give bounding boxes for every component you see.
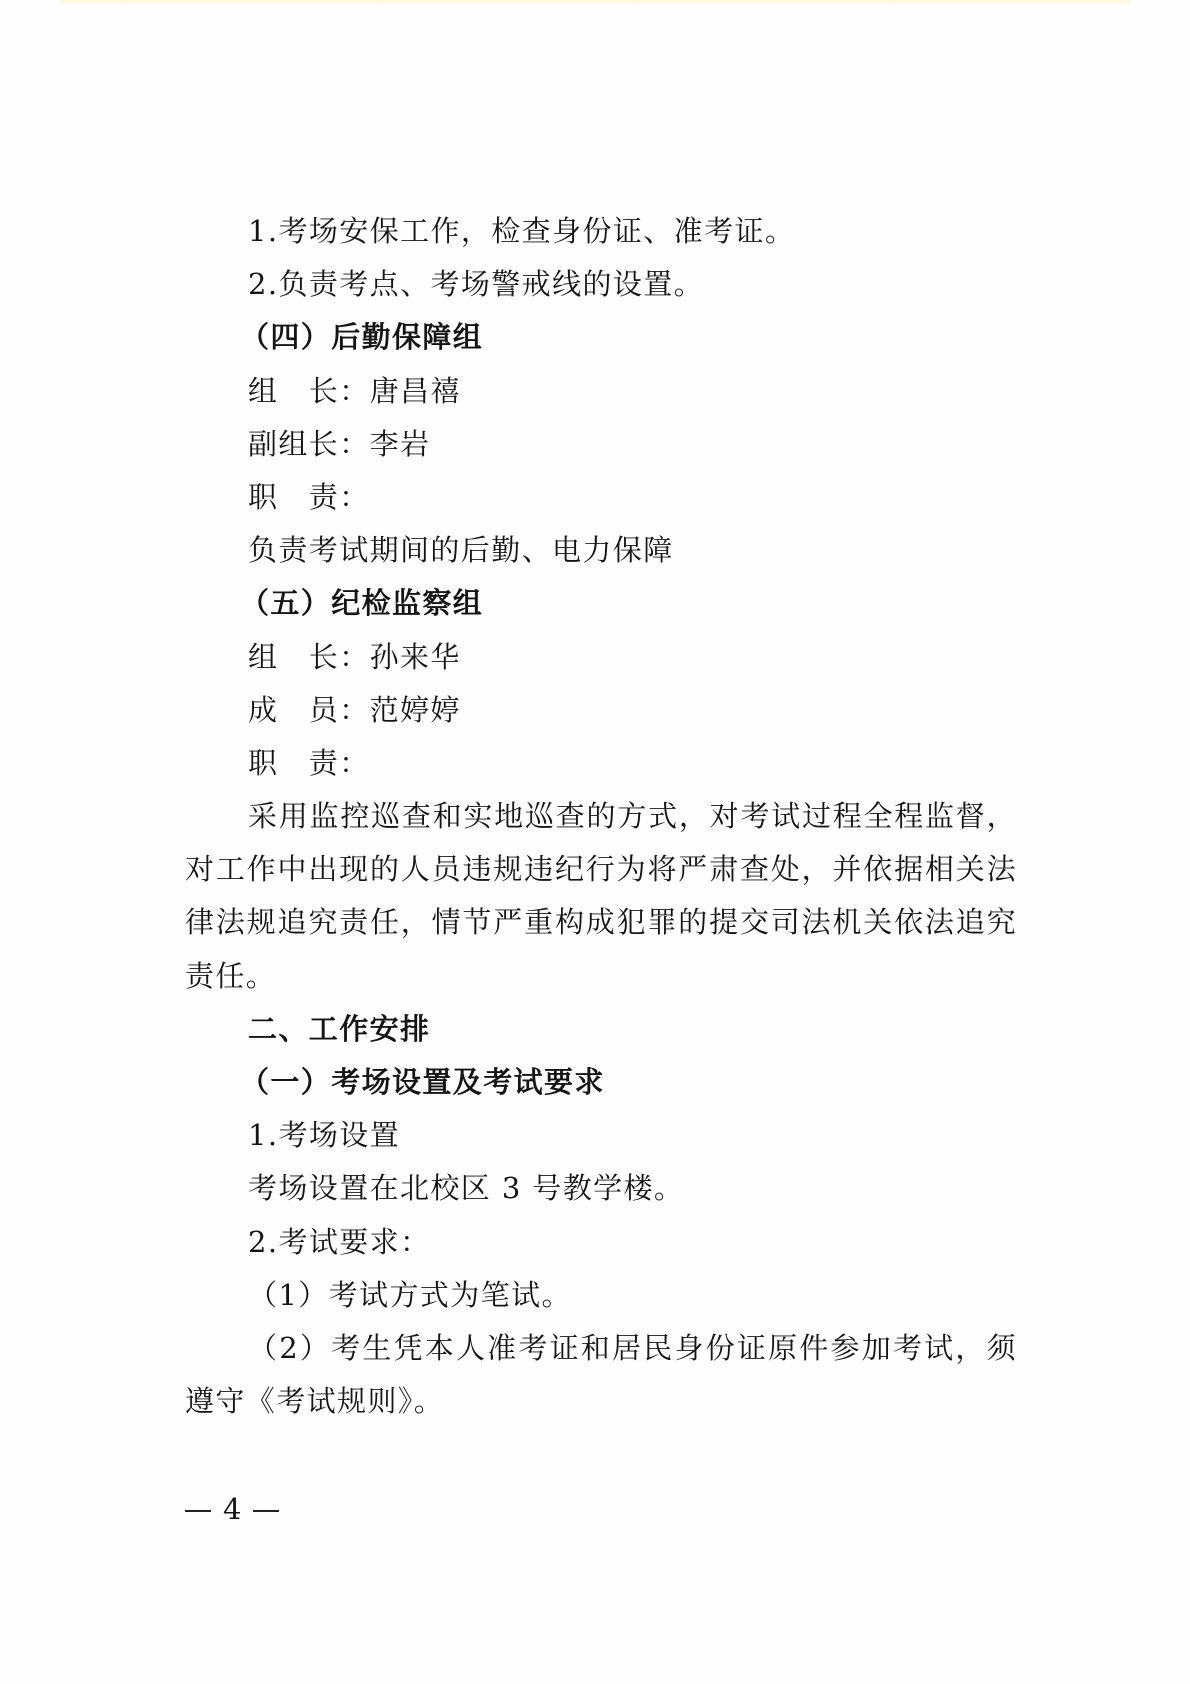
duty-item-1: 1.考场安保工作，检查身份证、准考证。 [185,205,1017,258]
group-heading-logistics: （四）后勤保障组 [185,311,1017,364]
exam-requirements-label: 2.考试要求： [185,1216,1017,1269]
group-heading-discipline: （五）纪检监察组 [185,577,1017,630]
logistics-leader: 组 长：唐昌禧 [185,365,1017,418]
discipline-duty-paragraph: 采用监控巡查和实地巡查的方式，对考试过程全程监督，对工作中出现的人员违规违纪行为… [185,790,1017,1003]
exam-requirement-2: （2）考生凭本人准考证和居民身份证原件参加考试，须遵守《考试规则》。 [185,1322,1017,1428]
subsection-heading-exam-setup: （一）考场设置及考试要求 [185,1056,1017,1109]
document-page: 1.考场安保工作，检查身份证、准考证。 2.负责考点、考场警戒线的设置。 （四）… [0,0,1190,1684]
page-footer: 4 [185,1492,291,1526]
discipline-leader: 组 长：孙来华 [185,631,1017,684]
discipline-member: 成 员：范婷婷 [185,684,1017,737]
logistics-duty-text: 负责考试期间的后勤、电力保障 [185,524,1017,577]
footer-dash-left [185,1510,211,1512]
document-body: 1.考场安保工作，检查身份证、准考证。 2.负责考点、考场警戒线的设置。 （四）… [185,205,1017,1428]
exam-requirement-1: （1）考试方式为笔试。 [185,1269,1017,1322]
logistics-duty-label: 职 责： [185,471,1017,524]
section-heading-work-arrangement: 二、工作安排 [185,1003,1017,1056]
logistics-deputy-leader: 副组长：李岩 [185,418,1017,471]
discipline-duty-label: 职 责： [185,737,1017,790]
exam-room-location: 考场设置在北校区 3 号教学楼。 [185,1162,1017,1215]
exam-room-setup-label: 1.考场设置 [185,1109,1017,1162]
exam-requirement-2-paragraph: （2）考生凭本人准考证和居民身份证原件参加考试，须遵守《考试规则》。 [185,1322,1017,1428]
duty-item-2: 2.负责考点、考场警戒线的设置。 [185,258,1017,311]
scan-edge-band [60,0,1130,6]
discipline-duty-text: 采用监控巡查和实地巡查的方式，对考试过程全程监督，对工作中出现的人员违规违纪行为… [185,790,1017,1003]
footer-dash-right [253,1510,279,1512]
page-number: 4 [223,1492,241,1526]
